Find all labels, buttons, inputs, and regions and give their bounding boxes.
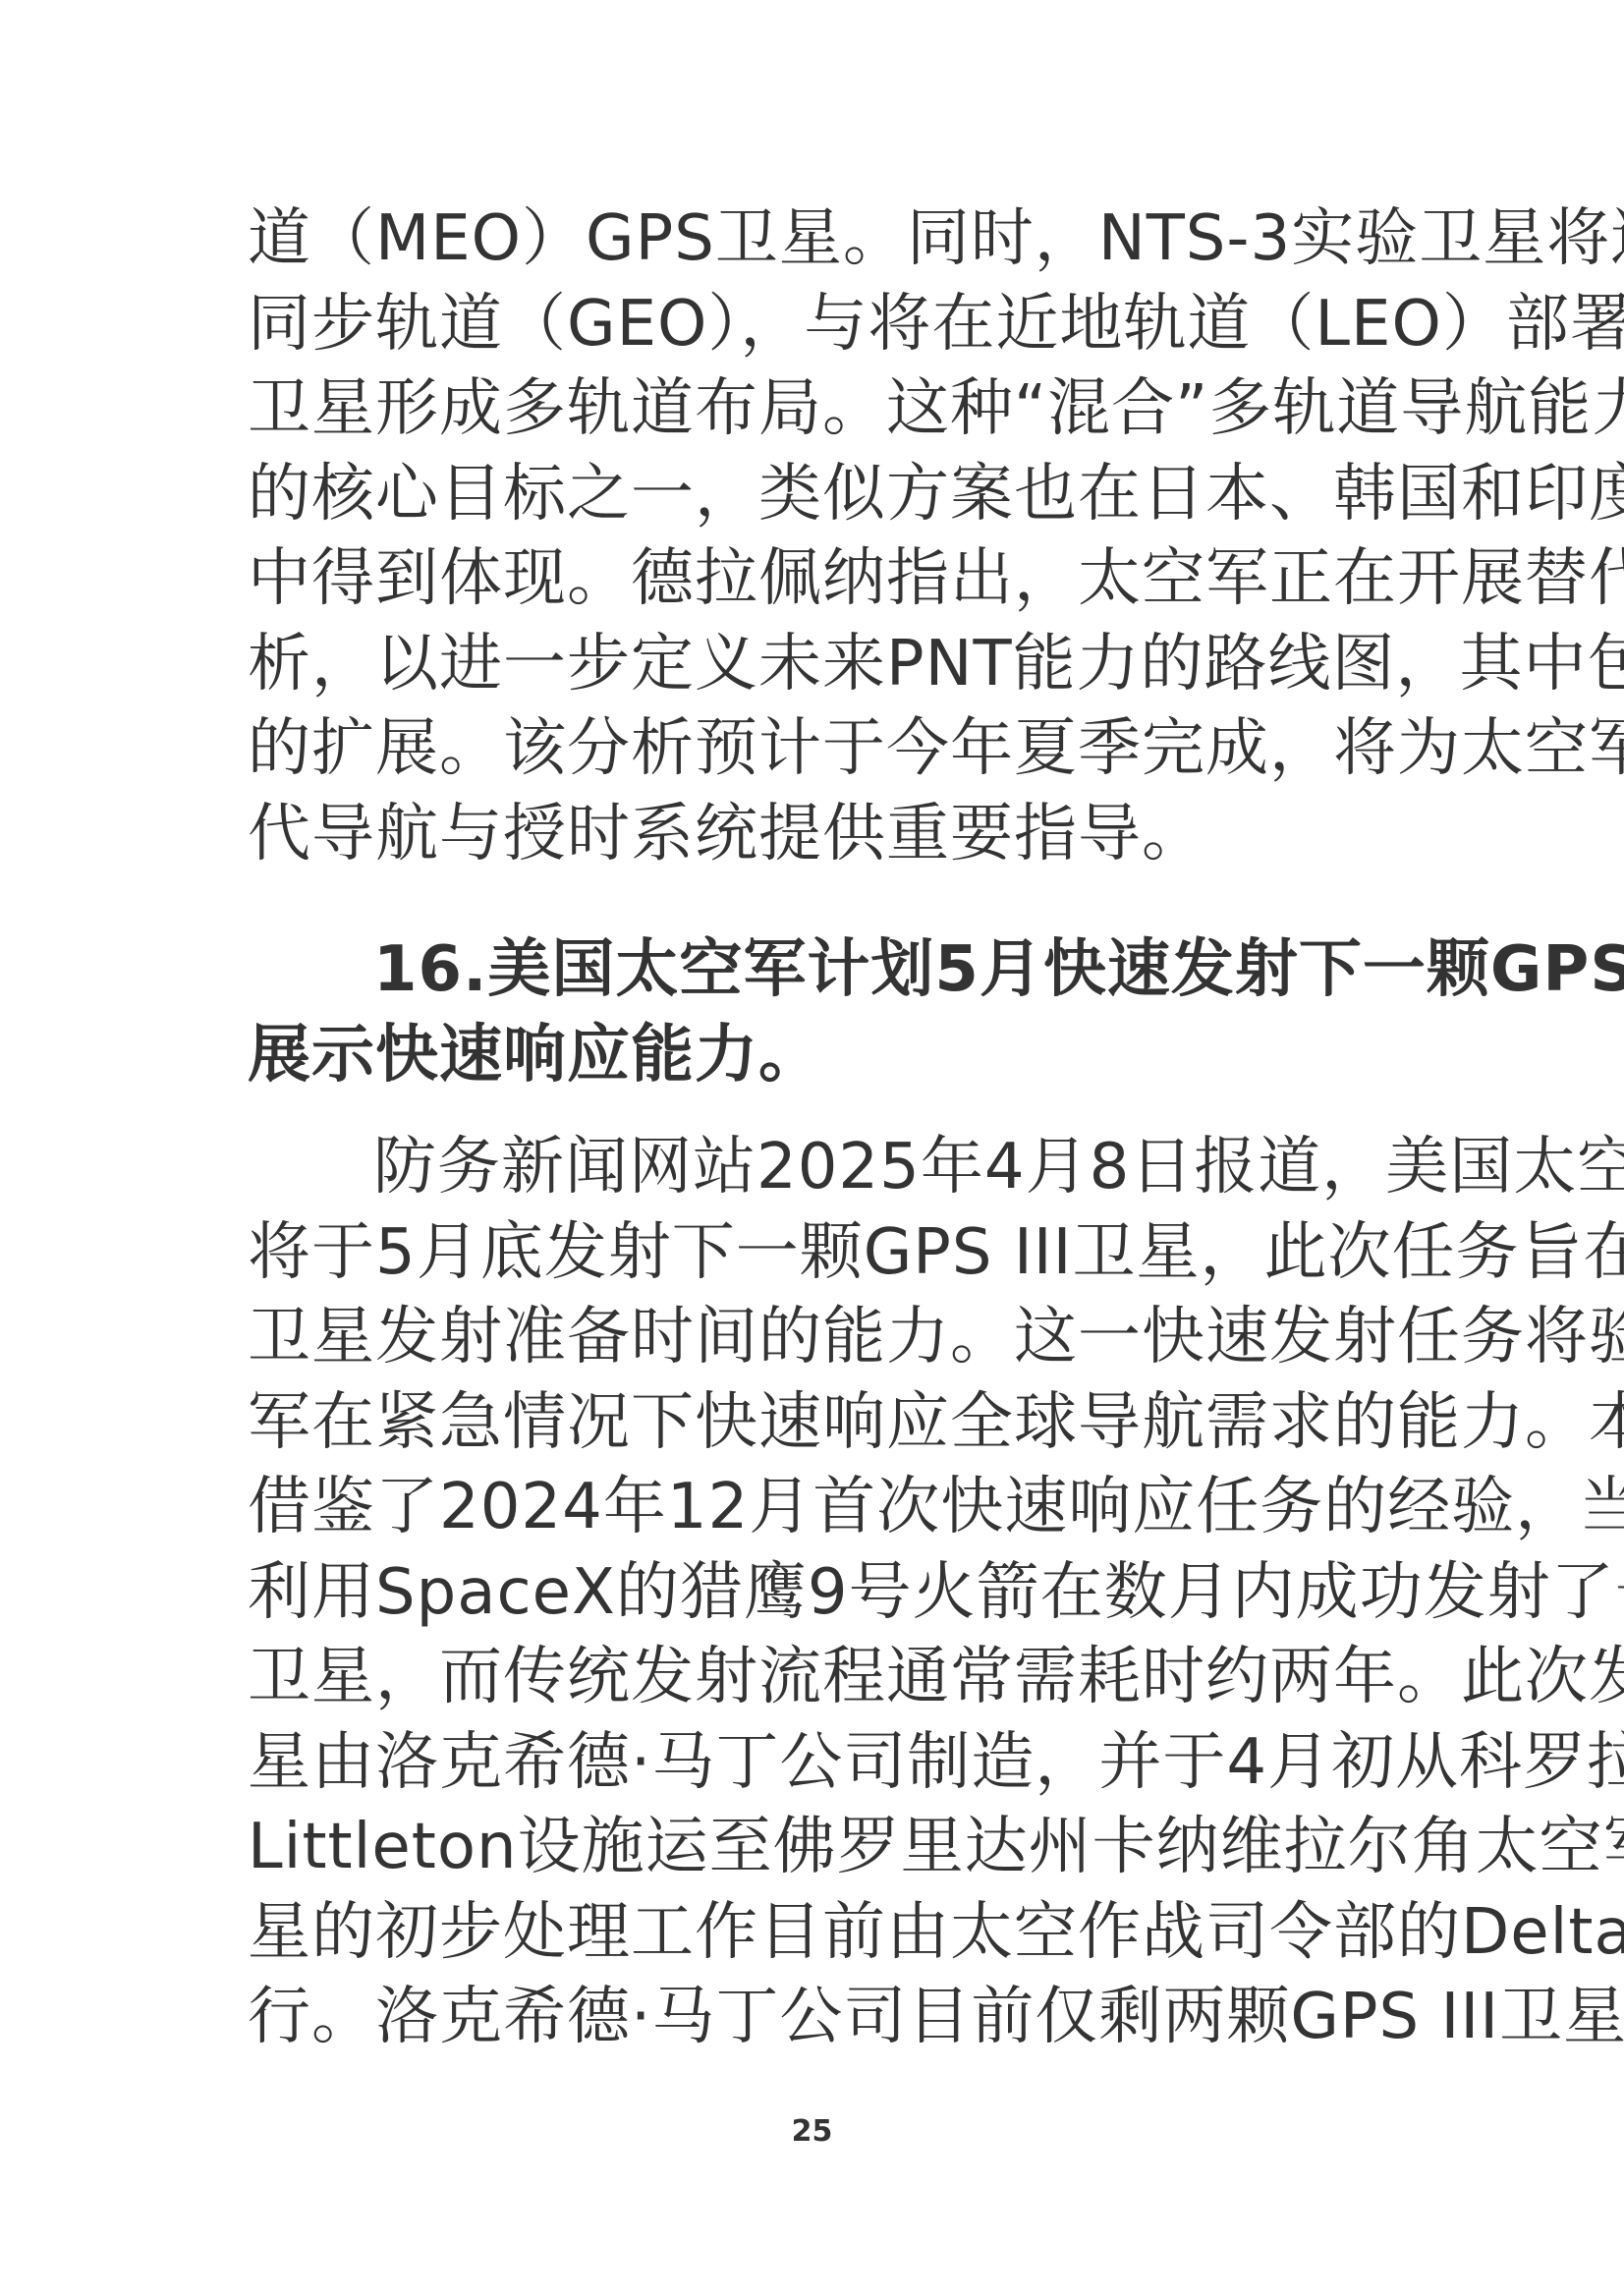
text-line: 卫星发射准备时间的能力。这一快速发射任务将验证太空 <box>248 1295 1383 1380</box>
section-heading: 16.美国太空军计划5月快速发射下一颗GPS III卫星， 展示快速响应能力。 <box>248 927 1383 1097</box>
text-line: 的核心目标之一，类似方案也在日本、韩国和印度的研发 <box>248 452 1383 537</box>
text-line: 利用SpaceX的猎鹰9号火箭在数月内成功发射了一颗GPS III <box>248 1550 1383 1636</box>
text-line: 军在紧急情况下快速响应全球导航需求的能力。本次任务 <box>248 1380 1383 1466</box>
text-line: 析，以进一步定义未来PNT能力的路线图，其中包括R-GPS <box>248 622 1383 707</box>
text-line: 星的初步处理工作目前由太空作战司令部的Delta 31支队进 <box>248 1890 1383 1976</box>
text-line: 卫星，而传统发射流程通常需耗时约两年。此次发射的卫 <box>248 1635 1383 1720</box>
text-line: 代导航与授时系统提供重要指导。 <box>248 792 1383 877</box>
document-page: 道（MEO）GPS卫星。同时，NTS-3实验卫星将进入地球 同步轨道（GEO），… <box>248 196 1383 2060</box>
heading-line: 展示快速响应能力。 <box>248 1013 1383 1098</box>
text-line: 中得到体现。德拉佩纳指出，太空军正在开展替代方案分 <box>248 536 1383 622</box>
paragraph-continued: 道（MEO）GPS卫星。同时，NTS-3实验卫星将进入地球 同步轨道（GEO），… <box>248 196 1383 876</box>
text-line: 防务新闻网站2025年4月8日报道，美国太空军宣布， <box>248 1125 1383 1210</box>
text-line: 的扩展。该分析预计于今年夏季完成，将为太空军的下一 <box>248 706 1383 792</box>
text-line: 将于5月底发射下一颗GPS III卫星，此次任务旨在展示缩短 <box>248 1210 1383 1296</box>
text-line: 同步轨道（GEO），与将在近地轨道（LEO）部署的导航 <box>248 282 1383 367</box>
text-line: 道（MEO）GPS卫星。同时，NTS-3实验卫星将进入地球 <box>248 196 1383 282</box>
page-number: 25 <box>0 2114 1624 2149</box>
paragraph-body: 防务新闻网站2025年4月8日报道，美国太空军宣布， 将于5月底发射下一颗GPS… <box>248 1125 1383 2060</box>
text-line: 星由洛克希德·马丁公司制造，并于4月初从科罗拉多州 <box>248 1720 1383 1806</box>
text-line: Littleton设施运至佛罗里达州卡纳维拉尔角太空军基地。卫 <box>248 1805 1383 1890</box>
heading-line: 16.美国太空军计划5月快速发射下一颗GPS III卫星， <box>248 927 1383 1013</box>
text-line: 卫星形成多轨道布局。这种“混合”多轨道导航能力是NTS-3 <box>248 366 1383 452</box>
text-line: 行。洛克希德·马丁公司目前仅剩两颗GPS III卫星，并计划 <box>248 1975 1383 2060</box>
text-line: 借鉴了2024年12月首次快速响应任务的经验，当时太空军 <box>248 1465 1383 1550</box>
